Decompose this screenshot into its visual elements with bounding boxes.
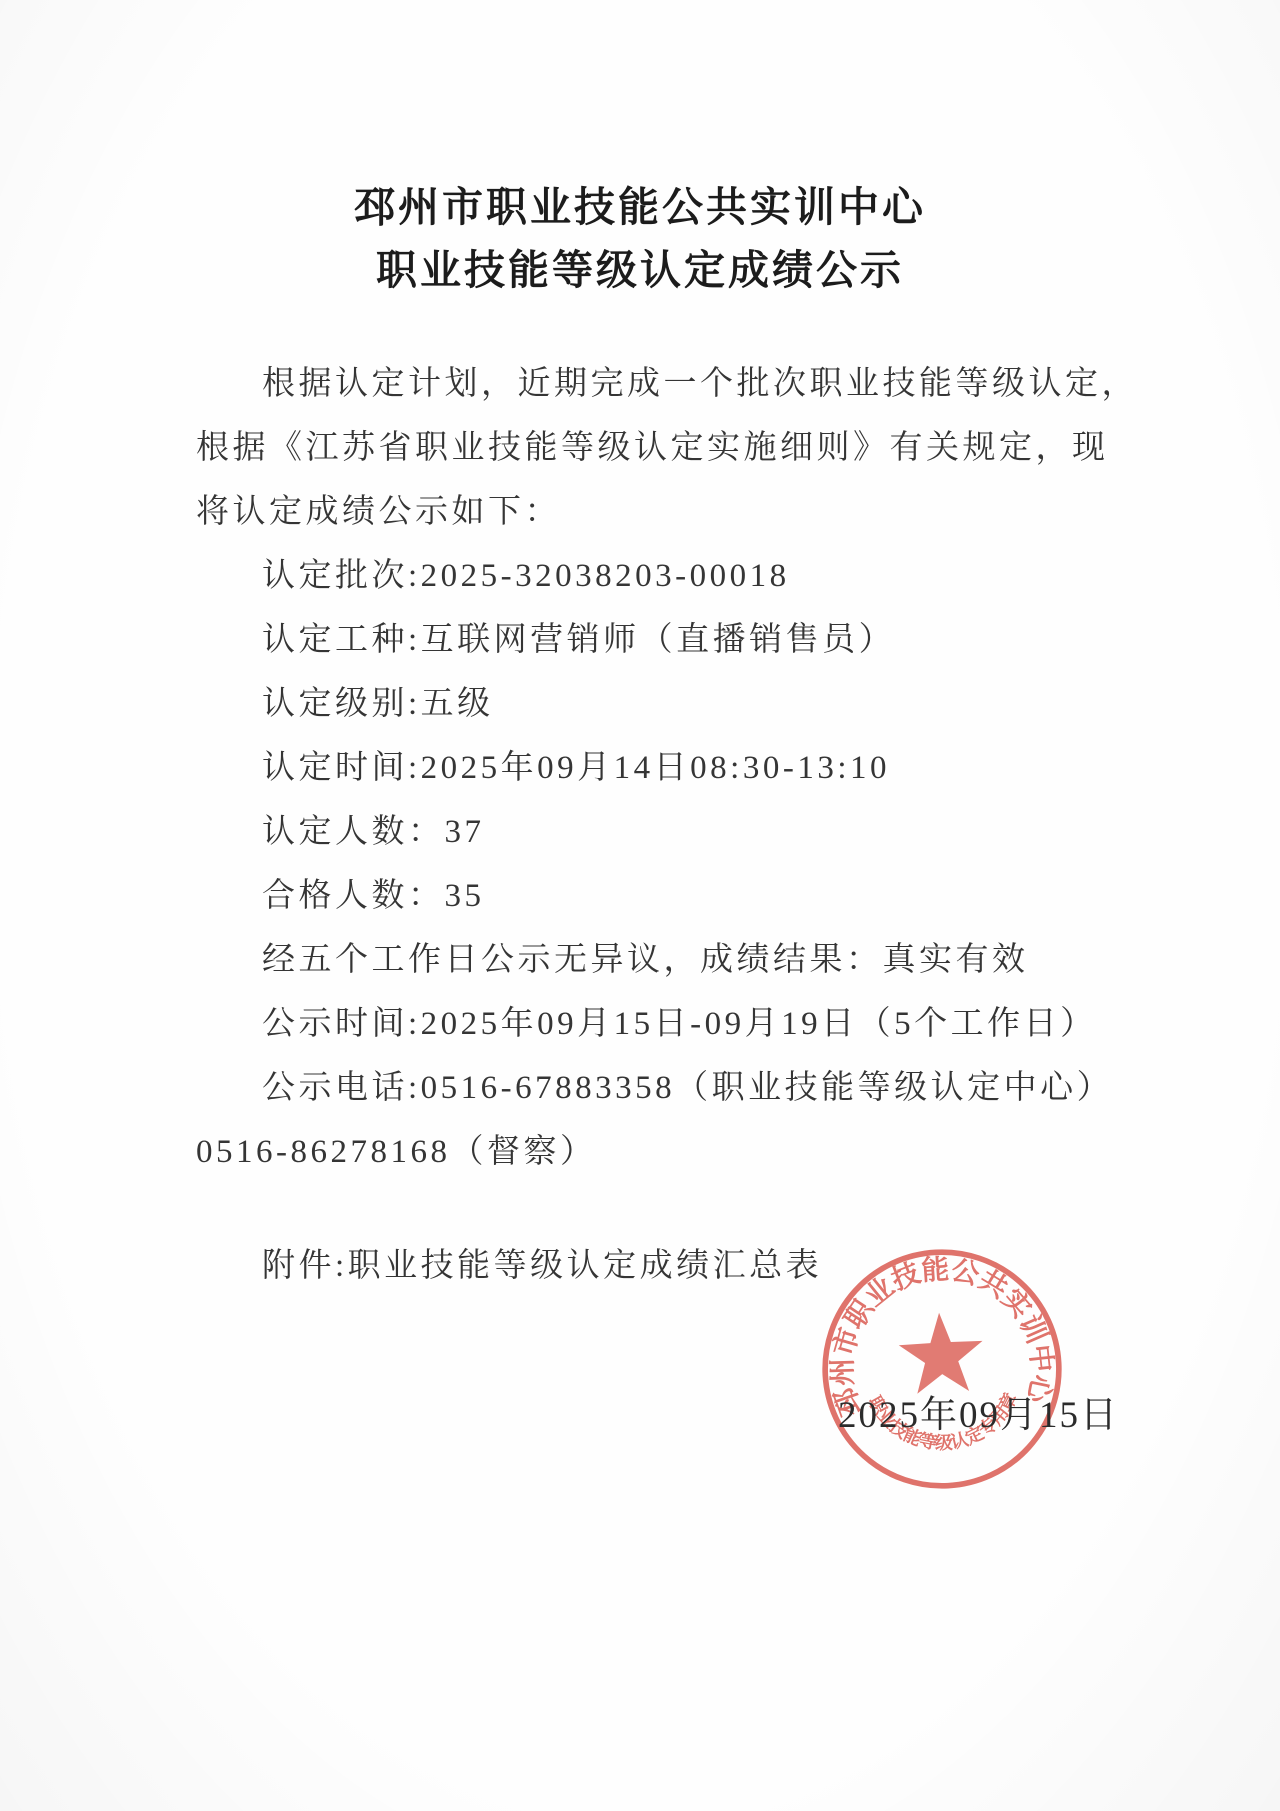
body-line-batch: 认定批次:2025-32038203-00018 — [196, 544, 1098, 608]
document-page: 邳州市职业技能公共实训中心 职业技能等级认定成绩公示 根据认定计划，近期完成一个… — [0, 0, 1280, 1811]
document-title: 邳州市职业技能公共实训中心 职业技能等级认定成绩公示 — [0, 176, 1280, 302]
body-line-trade: 认定工种:互联网营销师（直播销售员） — [196, 608, 1098, 672]
body-line-passed: 合格人数：35 — [196, 864, 1098, 928]
document-body: 根据认定计划，近期完成一个批次职业技能等级认定， 根据《江苏省职业技能等级认定实… — [196, 352, 1098, 1184]
body-line-count: 认定人数：37 — [196, 800, 1098, 864]
body-line-level: 认定级别:五级 — [196, 672, 1098, 736]
issue-date: 2025年09月15日 — [838, 1384, 1119, 1438]
body-line-time: 认定时间:2025年09月14日08:30-13:10 — [196, 736, 1098, 800]
body-line-result: 经五个工作日公示无异议，成绩结果：真实有效 — [196, 928, 1098, 992]
title-line-1: 邳州市职业技能公共实训中心 — [0, 176, 1280, 239]
body-line: 根据认定计划，近期完成一个批次职业技能等级认定， — [196, 352, 1098, 416]
official-seal: 邳州市职业技能公共实训中心 职业技能等级认定专用章 — [808, 1239, 1077, 1498]
body-line: 根据《江苏省职业技能等级认定实施细则》有关规定，现 — [196, 416, 1098, 480]
body-line-phone2: 0516-86278168（督察） — [196, 1120, 1098, 1184]
seal-star-icon — [897, 1311, 985, 1395]
body-line: 将认定成绩公示如下： — [196, 480, 1098, 544]
body-line-phone: 公示电话:0516-67883358（职业技能等级认定中心） — [196, 1056, 1098, 1120]
title-line-2: 职业技能等级认定成绩公示 — [0, 239, 1280, 302]
seal-graphic: 邳州市职业技能公共实训中心 职业技能等级认定专用章 — [808, 1239, 1077, 1498]
body-line-publicity-period: 公示时间:2025年09月15日-09月19日（5个工作日） — [196, 992, 1098, 1056]
